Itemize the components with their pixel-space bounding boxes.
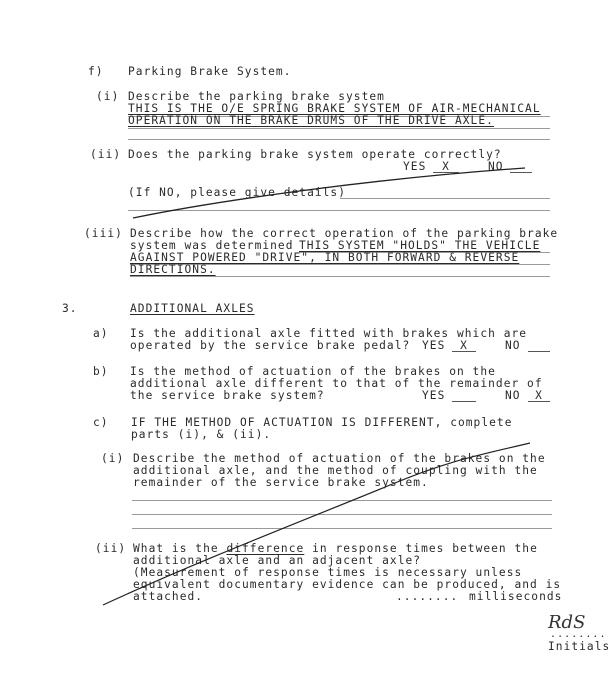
strike-lines-overlay [0, 0, 613, 679]
strike-line-f-ii [133, 168, 525, 218]
strike-line-c [103, 443, 530, 605]
